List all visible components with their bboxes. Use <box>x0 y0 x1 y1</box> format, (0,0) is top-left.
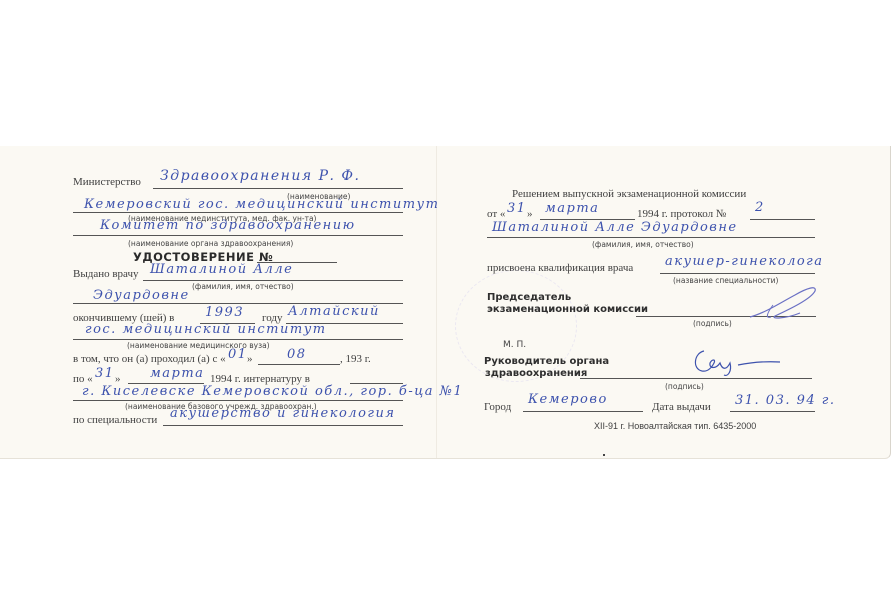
issued-line <box>143 280 403 281</box>
university-line1: Алтайский <box>288 304 380 319</box>
ministry-label: Министерство <box>73 176 141 188</box>
qualification-label: присвоена квалификация врача <box>487 262 633 274</box>
speck <box>603 454 605 456</box>
specialty-value: акушерство и гинекология <box>170 406 395 421</box>
ministry-value: Здравоохранения Р. Ф. <box>160 168 360 184</box>
chairman-signature <box>745 283 825 323</box>
decision-from-label: от « <box>487 208 505 220</box>
institute-value: Кемеровский гос. медицинский институт <box>84 197 439 212</box>
recipient-caption: (фамилия, имя, отчество) <box>592 240 694 249</box>
city-label: Город <box>484 401 511 413</box>
quote-close: » <box>247 353 253 365</box>
issued-name: Шаталиной Алле <box>150 262 293 277</box>
issued-label: Выдано врачу <box>73 268 139 280</box>
issue-date-value: 31. 03. 94 г. <box>735 393 836 408</box>
graduated-year: 1993 <box>205 305 244 320</box>
head-label-1: Руководитель органа <box>484 356 609 367</box>
specialty-line <box>163 425 403 426</box>
decision-day: 31 <box>507 201 527 216</box>
university-line2-rule <box>73 339 403 340</box>
name-caption: (фамилия, имя, отчество) <box>192 282 294 291</box>
city-value: Кемерово <box>528 392 608 407</box>
head-signature <box>688 345 788 380</box>
university-caption: (наименование медицинского вуза) <box>127 341 270 350</box>
seal-label: М. П. <box>503 340 526 350</box>
decision-year-label: 1994 г. протокол № <box>637 208 726 220</box>
fold-line <box>436 146 437 458</box>
period-label: в том, что он (а) проходил (а) с « <box>73 353 226 365</box>
recipient-name: Шаталиной Алле Эдуардовне <box>492 220 738 235</box>
city-line <box>523 411 643 412</box>
printer-imprint: XII-91 г. Новоалтайская тип. 6435-2000 <box>594 421 756 431</box>
period-to-month: марта <box>150 366 204 381</box>
base-institution-line <box>73 400 403 401</box>
period-to-day: 31 <box>95 366 115 381</box>
ministry-line <box>153 188 403 189</box>
issue-date-label: Дата выдачи <box>652 401 711 413</box>
institute-line <box>73 212 403 213</box>
period-from-year: , 193 г. <box>340 353 371 365</box>
signature-caption-1: (подпись) <box>693 319 732 328</box>
decision-heading: Решением выпускной экзаменационной комис… <box>512 188 746 200</box>
head-label-2: здравоохранения <box>485 368 587 379</box>
protocol-number: 2 <box>755 200 765 215</box>
chairman-label-2: экзаменационной комиссии <box>487 304 648 315</box>
issue-date-line <box>730 411 815 412</box>
period-from-day: 01 <box>228 347 248 362</box>
quote-close: » <box>527 208 533 220</box>
protocol-line <box>750 219 815 220</box>
base-institution-value: г. Киселевске Кемеровской обл., гор. б-ц… <box>82 384 463 399</box>
health-body-line <box>73 235 403 236</box>
recipient-line <box>487 237 815 238</box>
signature-caption-2: (подпись) <box>665 382 704 391</box>
university-line2: гос. медицинский институт <box>85 322 327 337</box>
period-month-line <box>258 364 340 365</box>
chairman-label-1: Председатель <box>487 292 571 303</box>
issued-patronymic: Эдуардовне <box>93 288 190 303</box>
period-from-month: 08 <box>287 347 307 362</box>
health-body-value: Комитет по здравоохранению <box>100 218 356 233</box>
qualification-value: акушер-гинеколога <box>665 254 824 269</box>
specialty-label: по специальности <box>73 414 157 426</box>
qualification-line <box>660 273 815 274</box>
health-body-caption: (наименование органа здравоохранения) <box>128 239 293 248</box>
decision-month: марта <box>545 201 599 216</box>
